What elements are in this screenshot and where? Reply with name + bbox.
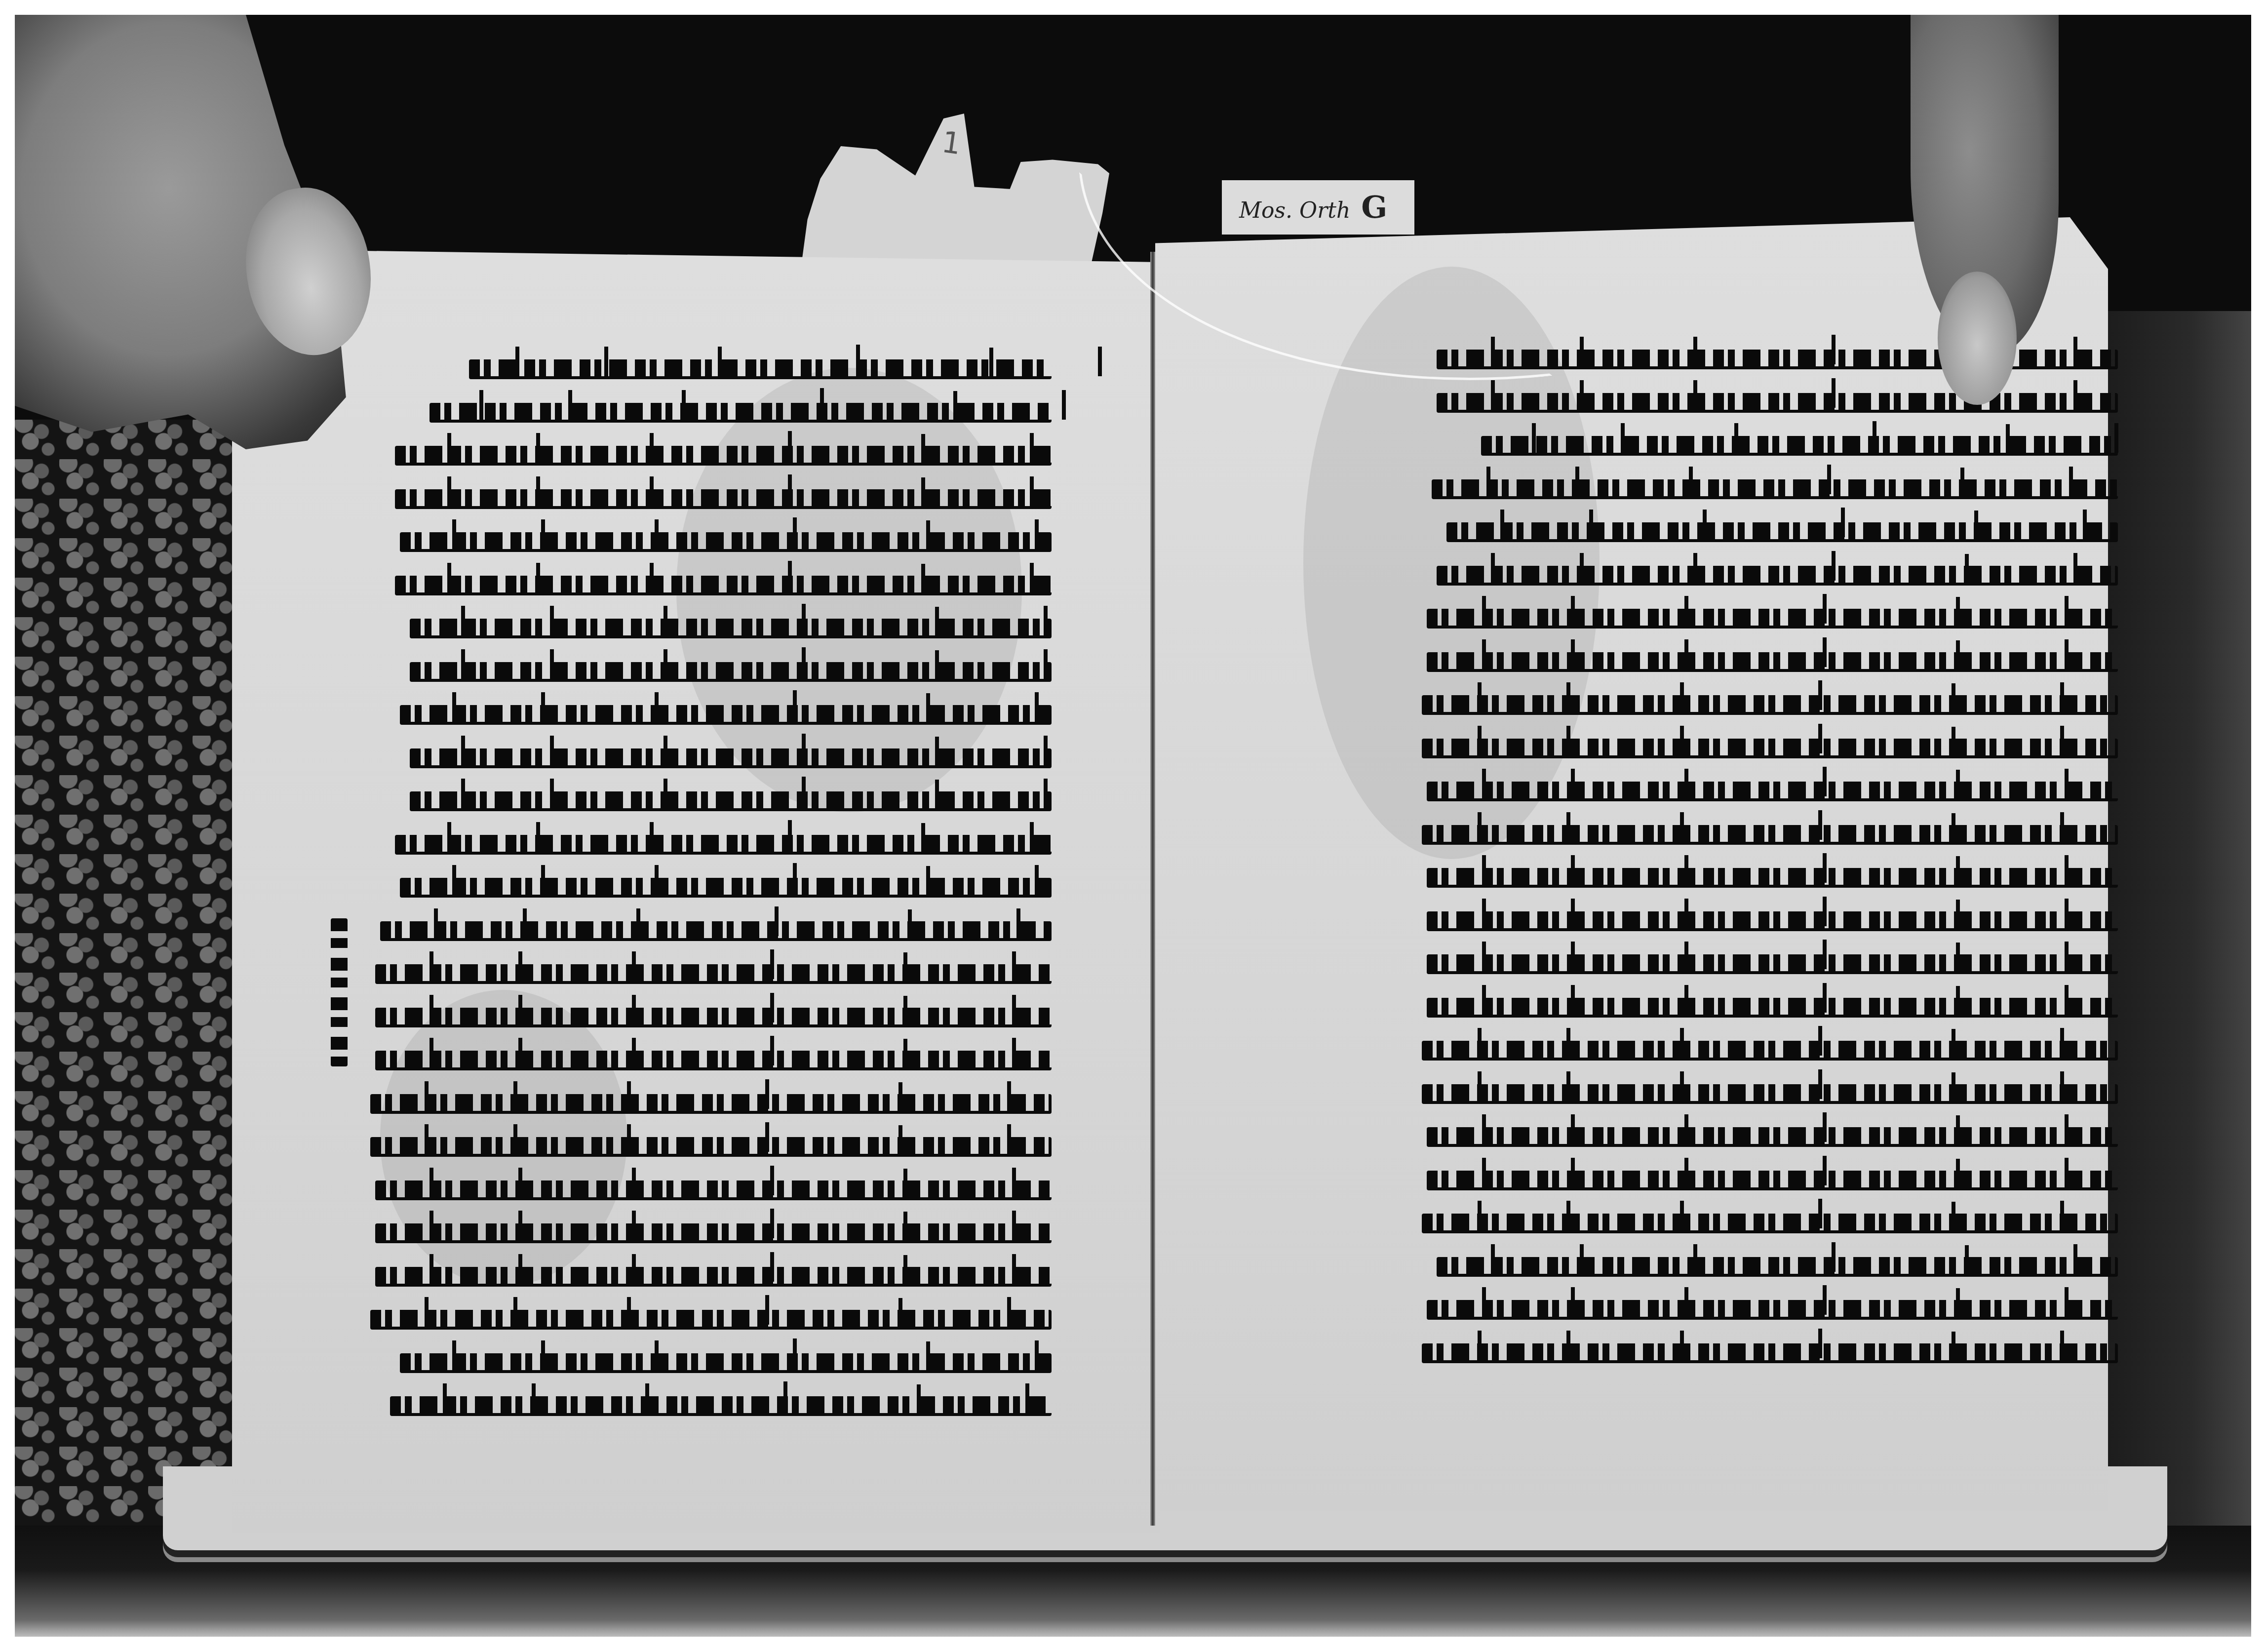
text-line: [Syriac line 21] <box>1279 1200 2118 1243</box>
text-line-content: [Syriac line 18] <box>360 1080 1052 1124</box>
text-line: [Syriac line 8] <box>360 648 1052 692</box>
margin-note: [Syriac marginal note, vertical] <box>316 918 360 1076</box>
text-line-content: [Syriac line 4] <box>360 475 1052 519</box>
right-thumb <box>1938 272 2017 405</box>
text-line: [Syriac line 9] <box>1279 681 2118 725</box>
text-line-content: [Syriac line 18] <box>1279 1070 2118 1114</box>
text-line: [Syriac line 10] <box>1279 725 2118 768</box>
text-line-content: [Syriac line 22] <box>360 1253 1052 1297</box>
text-line-content: [Syriac line 5] <box>360 518 1052 562</box>
text-line-content: [Syriac line 17] <box>360 1037 1052 1080</box>
text-line-content: [Syriac line 2] <box>360 389 1052 433</box>
text-line-content: [Syriac line 13] <box>1279 854 2118 898</box>
text-line: [Syriac line 25] <box>360 1382 1052 1426</box>
text-line: [Syriac line 24] <box>360 1339 1052 1383</box>
text-line-content: [Syriac line 11] <box>360 778 1052 821</box>
text-line-content: [Syriac line 15] <box>360 950 1052 994</box>
text-line: [Syriac line 6] <box>1279 552 2118 595</box>
text-line-content: [Syriac line 12] <box>1279 811 2118 855</box>
text-line-content: [Syriac line 24] <box>1279 1330 2118 1373</box>
text-line: [Syriac line 12] <box>1279 811 2118 855</box>
text-line: [Syriac line 10] <box>360 735 1052 778</box>
left-page-text: [Syriac line 1][Syriac line 2][Syriac li… <box>360 346 1052 1426</box>
text-line-content: [Syriac line 3] <box>1279 422 2118 466</box>
text-line: [Syriac line 24] <box>1279 1330 2118 1373</box>
manuscript-photo: 1 Mos. OrthG [Syriac line 1][Syriac line… <box>15 15 2251 1637</box>
text-line: [Syriac line 11] <box>360 778 1052 821</box>
text-line: [Syriac line 19] <box>1279 1113 2118 1157</box>
text-line-content: [Syriac line 13] <box>360 864 1052 907</box>
text-line: [Syriac line 17] <box>1279 1027 2118 1070</box>
text-line: [Syriac line 7] <box>360 605 1052 648</box>
text-line-content: [Syriac line 8] <box>360 648 1052 692</box>
text-line-content: [Syriac line 17] <box>1279 1027 2118 1070</box>
text-line-content: [Syriac line 3] <box>360 432 1052 475</box>
text-line: [Syriac line 15] <box>360 950 1052 994</box>
text-line-content: [Syriac line 11] <box>1279 768 2118 811</box>
text-line-content: [Syriac line 23] <box>1279 1286 2118 1330</box>
text-line: [Syriac line 12] <box>360 821 1052 865</box>
text-line-content: [Syriac line 20] <box>360 1167 1052 1210</box>
text-line-content: [Syriac line 16] <box>1279 984 2118 1027</box>
text-line-content: [Syriac line 1] <box>360 346 1052 389</box>
text-line-content: [Syriac line 15] <box>1279 941 2118 984</box>
text-line-content: [Syriac line 20] <box>1279 1157 2118 1200</box>
text-line: [Syriac line 18] <box>1279 1070 2118 1114</box>
text-line: [Syriac line 11] <box>1279 768 2118 811</box>
text-line-content: [Syriac line 5] <box>1279 509 2118 552</box>
text-line-content: [Syriac line 9] <box>360 691 1052 735</box>
text-line: [Syriac line 15] <box>1279 941 2118 984</box>
margin-note-text: [Syriac marginal note, vertical] <box>316 918 360 1076</box>
text-line: [Syriac line 1] <box>360 346 1052 389</box>
text-line: [Syriac line 19] <box>360 1123 1052 1167</box>
text-line: [Syriac line 21] <box>360 1210 1052 1253</box>
text-line-content: [Syriac line 10] <box>360 735 1052 778</box>
text-line-content: [Syriac line 21] <box>360 1210 1052 1253</box>
text-line: [Syriac line 4] <box>1279 466 2118 509</box>
text-line-content: [Syriac line 25] <box>360 1382 1052 1426</box>
text-line-content: [Syriac line 16] <box>360 994 1052 1037</box>
text-line: [Syriac line 14] <box>360 907 1052 951</box>
right-page-text: [Syriac line 1][Syriac line 2][Syriac li… <box>1279 336 2118 1373</box>
text-line: [Syriac line 4] <box>360 475 1052 519</box>
text-line-content: [Syriac line 10] <box>1279 725 2118 768</box>
text-line: [Syriac line 6] <box>360 562 1052 605</box>
text-line: [Syriac line 23] <box>360 1296 1052 1339</box>
shelf-label: Mos. OrthG <box>1222 180 1414 235</box>
text-line-content: [Syriac line 6] <box>360 562 1052 605</box>
text-line-content: [Syriac line 19] <box>360 1123 1052 1167</box>
text-line-content: [Syriac line 12] <box>360 821 1052 865</box>
text-line-content: [Syriac line 6] <box>1279 552 2118 595</box>
text-line: [Syriac line 3] <box>1279 422 2118 466</box>
shelf-label-text: Mos. Orth <box>1239 198 1350 223</box>
text-line: [Syriac line 7] <box>1279 595 2118 638</box>
shelf-label-letter: G <box>1361 189 1387 225</box>
text-line: [Syriac line 17] <box>360 1037 1052 1080</box>
text-line-content: [Syriac line 21] <box>1279 1200 2118 1243</box>
text-line-content: [Syriac line 7] <box>360 605 1052 648</box>
text-line: [Syriac line 2] <box>360 389 1052 433</box>
text-line-content: [Syriac line 4] <box>1279 466 2118 509</box>
text-line: [Syriac line 3] <box>360 432 1052 475</box>
text-line: [Syriac line 18] <box>360 1080 1052 1124</box>
text-line: [Syriac line 16] <box>1279 984 2118 1027</box>
text-line: [Syriac line 13] <box>360 864 1052 907</box>
text-line: [Syriac line 13] <box>1279 854 2118 898</box>
text-line: [Syriac line 14] <box>1279 898 2118 941</box>
text-line: [Syriac line 16] <box>360 994 1052 1037</box>
book-cover-right <box>2103 311 2251 1545</box>
text-line: [Syriac line 9] <box>360 691 1052 735</box>
text-line: [Syriac line 23] <box>1279 1286 2118 1330</box>
text-line-content: [Syriac line 8] <box>1279 638 2118 682</box>
text-line: [Syriac line 5] <box>360 518 1052 562</box>
text-line-content: [Syriac line 24] <box>360 1339 1052 1383</box>
text-line-content: [Syriac line 14] <box>360 907 1052 951</box>
page-gutter <box>1150 252 1155 1526</box>
text-line-content: [Syriac line 9] <box>1279 681 2118 725</box>
text-line-content: [Syriac line 7] <box>1279 595 2118 638</box>
text-line-content: [Syriac line 14] <box>1279 898 2118 941</box>
text-line-content: [Syriac line 19] <box>1279 1113 2118 1157</box>
text-line: [Syriac line 22] <box>1279 1243 2118 1287</box>
text-line: [Syriac line 8] <box>1279 638 2118 682</box>
text-line-content: [Syriac line 23] <box>360 1296 1052 1339</box>
text-line: [Syriac line 20] <box>1279 1157 2118 1200</box>
text-line: [Syriac line 5] <box>1279 509 2118 552</box>
text-line-content: [Syriac line 22] <box>1279 1243 2118 1287</box>
text-line: [Syriac line 22] <box>360 1253 1052 1297</box>
text-line: [Syriac line 20] <box>360 1167 1052 1210</box>
